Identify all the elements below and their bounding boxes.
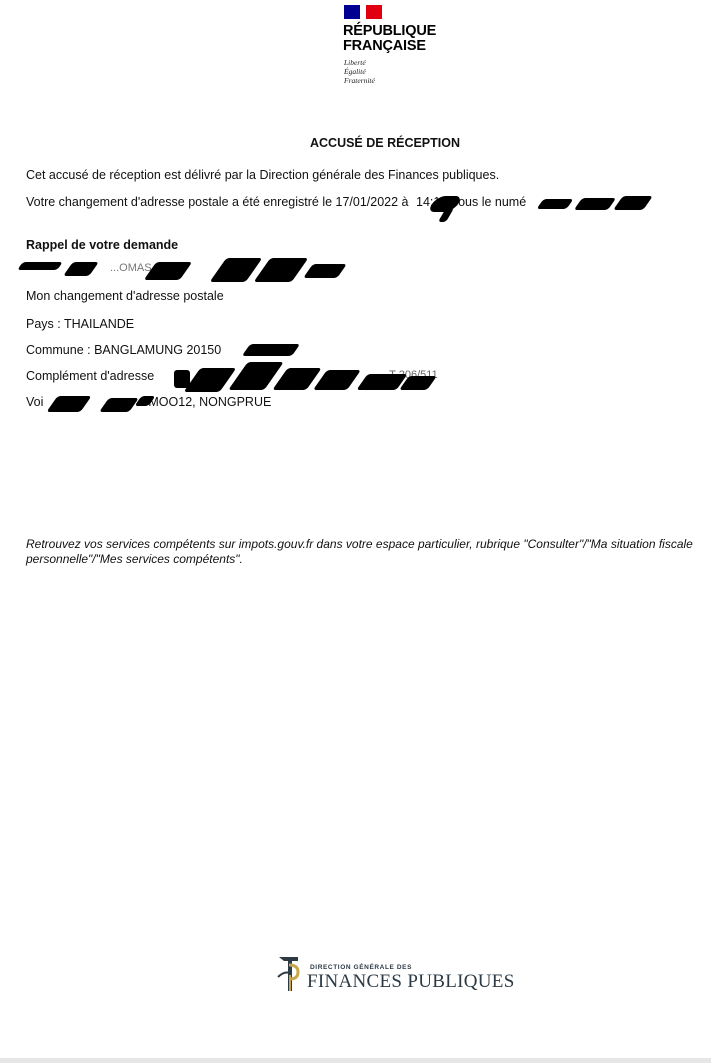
bottom-bar <box>0 1058 711 1063</box>
redaction-mark <box>242 344 300 356</box>
logo-title: RÉPUBLIQUE FRANÇAISE <box>343 24 436 54</box>
country-line: Pays : THAILANDE <box>26 317 134 331</box>
logo-motto: Liberté Égalité Fraternité <box>344 58 375 85</box>
republique-francaise-logo: RÉPUBLIQUE FRANÇAISE Liberté Égalité Fra… <box>334 0 424 95</box>
redaction-mark <box>536 199 573 209</box>
request-type: Mon changement d'adresse postale <box>26 289 224 303</box>
dgfip-logo: DIRECTION GÉNÉRALE DES FINANCES PUBLIQUE… <box>276 955 506 995</box>
address-complement-label: Complément d'adresse <box>26 369 154 383</box>
services-note: Retrouvez vos services compétents sur im… <box>26 537 711 567</box>
redaction-mark <box>313 370 361 390</box>
redaction-mark <box>574 198 616 210</box>
document-title: ACCUSÉ DE RÉCEPTION <box>0 136 711 150</box>
redaction-mark <box>613 196 653 210</box>
redaction-mark <box>63 262 99 276</box>
redaction-mark <box>254 258 309 282</box>
reminder-heading: Rappel de votre demande <box>26 238 178 252</box>
dgfip-monogram-icon <box>276 955 300 993</box>
redaction-mark <box>303 264 347 278</box>
intro-text: Cet accusé de réception est délivré par … <box>26 168 499 182</box>
marianne-flag-icon <box>344 5 382 19</box>
redaction-mark <box>17 262 63 270</box>
commune-line: Commune : BANGLAMUNG 20150 <box>26 343 221 357</box>
